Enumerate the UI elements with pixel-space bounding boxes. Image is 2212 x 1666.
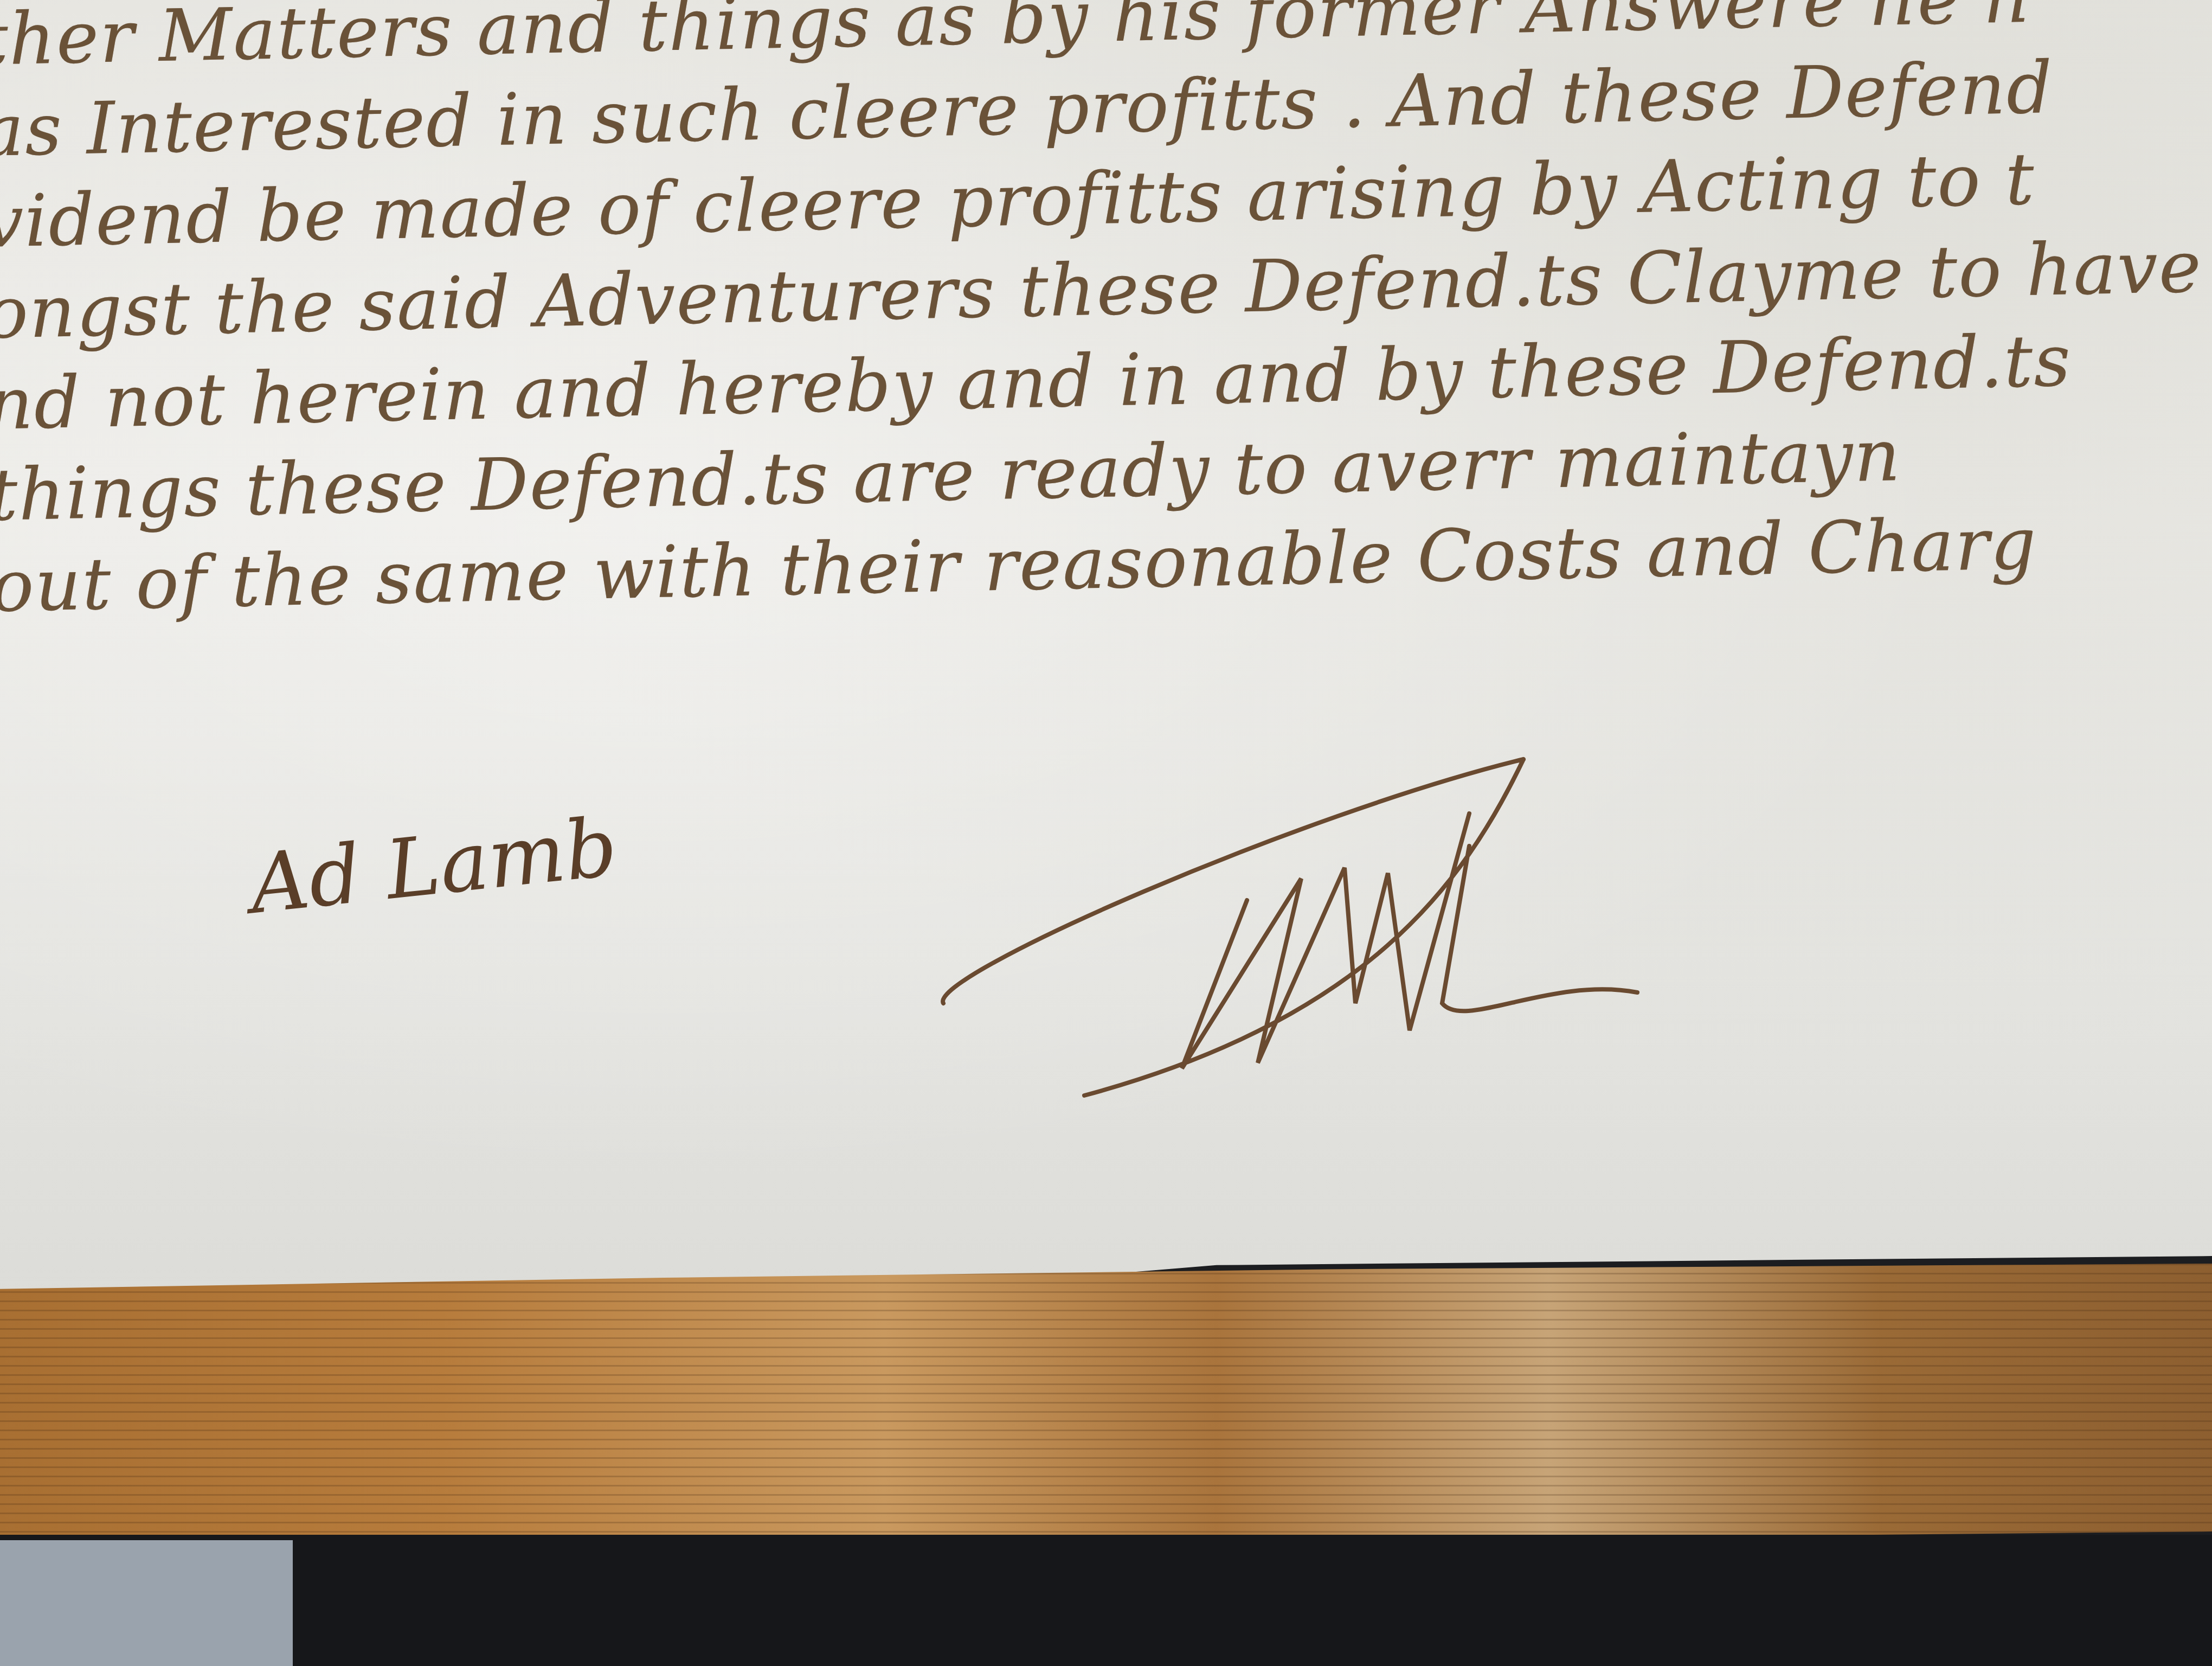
background-floor	[0, 1535, 2212, 1666]
signature-right-flourish-icon	[922, 748, 2006, 1128]
parchment-sheet: ther Matters and things as by his former…	[0, 0, 2212, 1302]
manuscript-text: ther Matters and things as by his former…	[0, 0, 2212, 632]
wooden-table-edge	[0, 1264, 2212, 1546]
background-object	[0, 1540, 293, 1666]
signature-block: Ad Lamb	[0, 748, 2212, 1128]
signature-left: Ad Lamb	[246, 800, 622, 932]
